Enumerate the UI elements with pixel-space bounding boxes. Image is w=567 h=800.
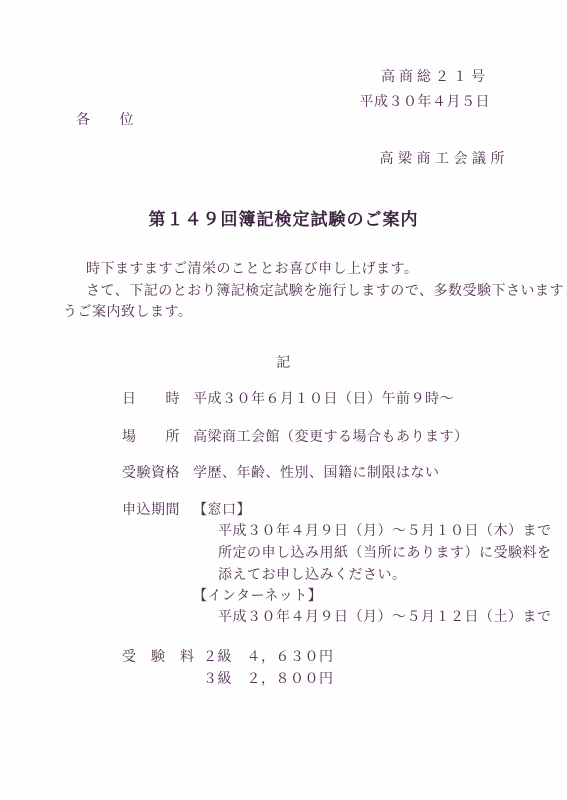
detail-label-place: 場 所 [122,429,180,447]
greeting-line: さて、下記のとおり簿記検定試験を施行しますので、多数受験下さいますよ [63,283,567,301]
detail-value-qualification: 学歴、年齢、性別、国籍に制限はない [193,465,440,483]
detail-value-place: 高梁商工会館（変更する場合もあります） [193,429,469,447]
greeting-line: 時下ますますご清栄のこととお喜び申し上げます。 [63,261,418,279]
sender-organization: 高梁商工会議所 [380,151,510,169]
application-window-period: 平成３０年４月９日（月）～５月１０日（木）まで [218,523,552,541]
document-title: 第１４９回簿記検定試験のご案内 [0,209,567,230]
application-internet-period: 平成３０年４月９日（月）～５月１２日（土）まで [218,609,552,627]
application-internet-heading: 【インターネット】 [193,588,322,606]
application-window-note1: 所定の申し込み用紙（当所にあります）に受験料を [218,545,552,563]
issue-date: 平成３０年４月５日 [360,94,491,112]
application-window-note2: 添えてお申し込みください。 [218,567,407,585]
detail-label-qualification: 受験資格 [122,465,180,483]
application-window-heading: 【窓口】 [193,502,251,520]
detail-label-fee: 受 験 料 [122,649,195,667]
detail-value-datetime: 平成３０年６月１０日（日）午前９時～ [193,391,454,409]
record-marker: 記 [0,355,567,373]
detail-label-application-period: 申込期間 [122,502,180,520]
fee-grade2: ２級 ４，６３０円 [203,649,334,667]
recipient: 各 位 [76,112,134,130]
greeting-line: うご案内致します。 [63,304,192,322]
fee-grade3: ３級 ２，８００円 [203,671,334,689]
document-page: 高商総２１号 平成３０年４月５日 各 位 高梁商工会議所 第１４９回簿記検定試験… [0,0,567,800]
detail-label-datetime: 日 時 [122,391,180,409]
reference-number: 高商総２１号 [381,69,489,87]
